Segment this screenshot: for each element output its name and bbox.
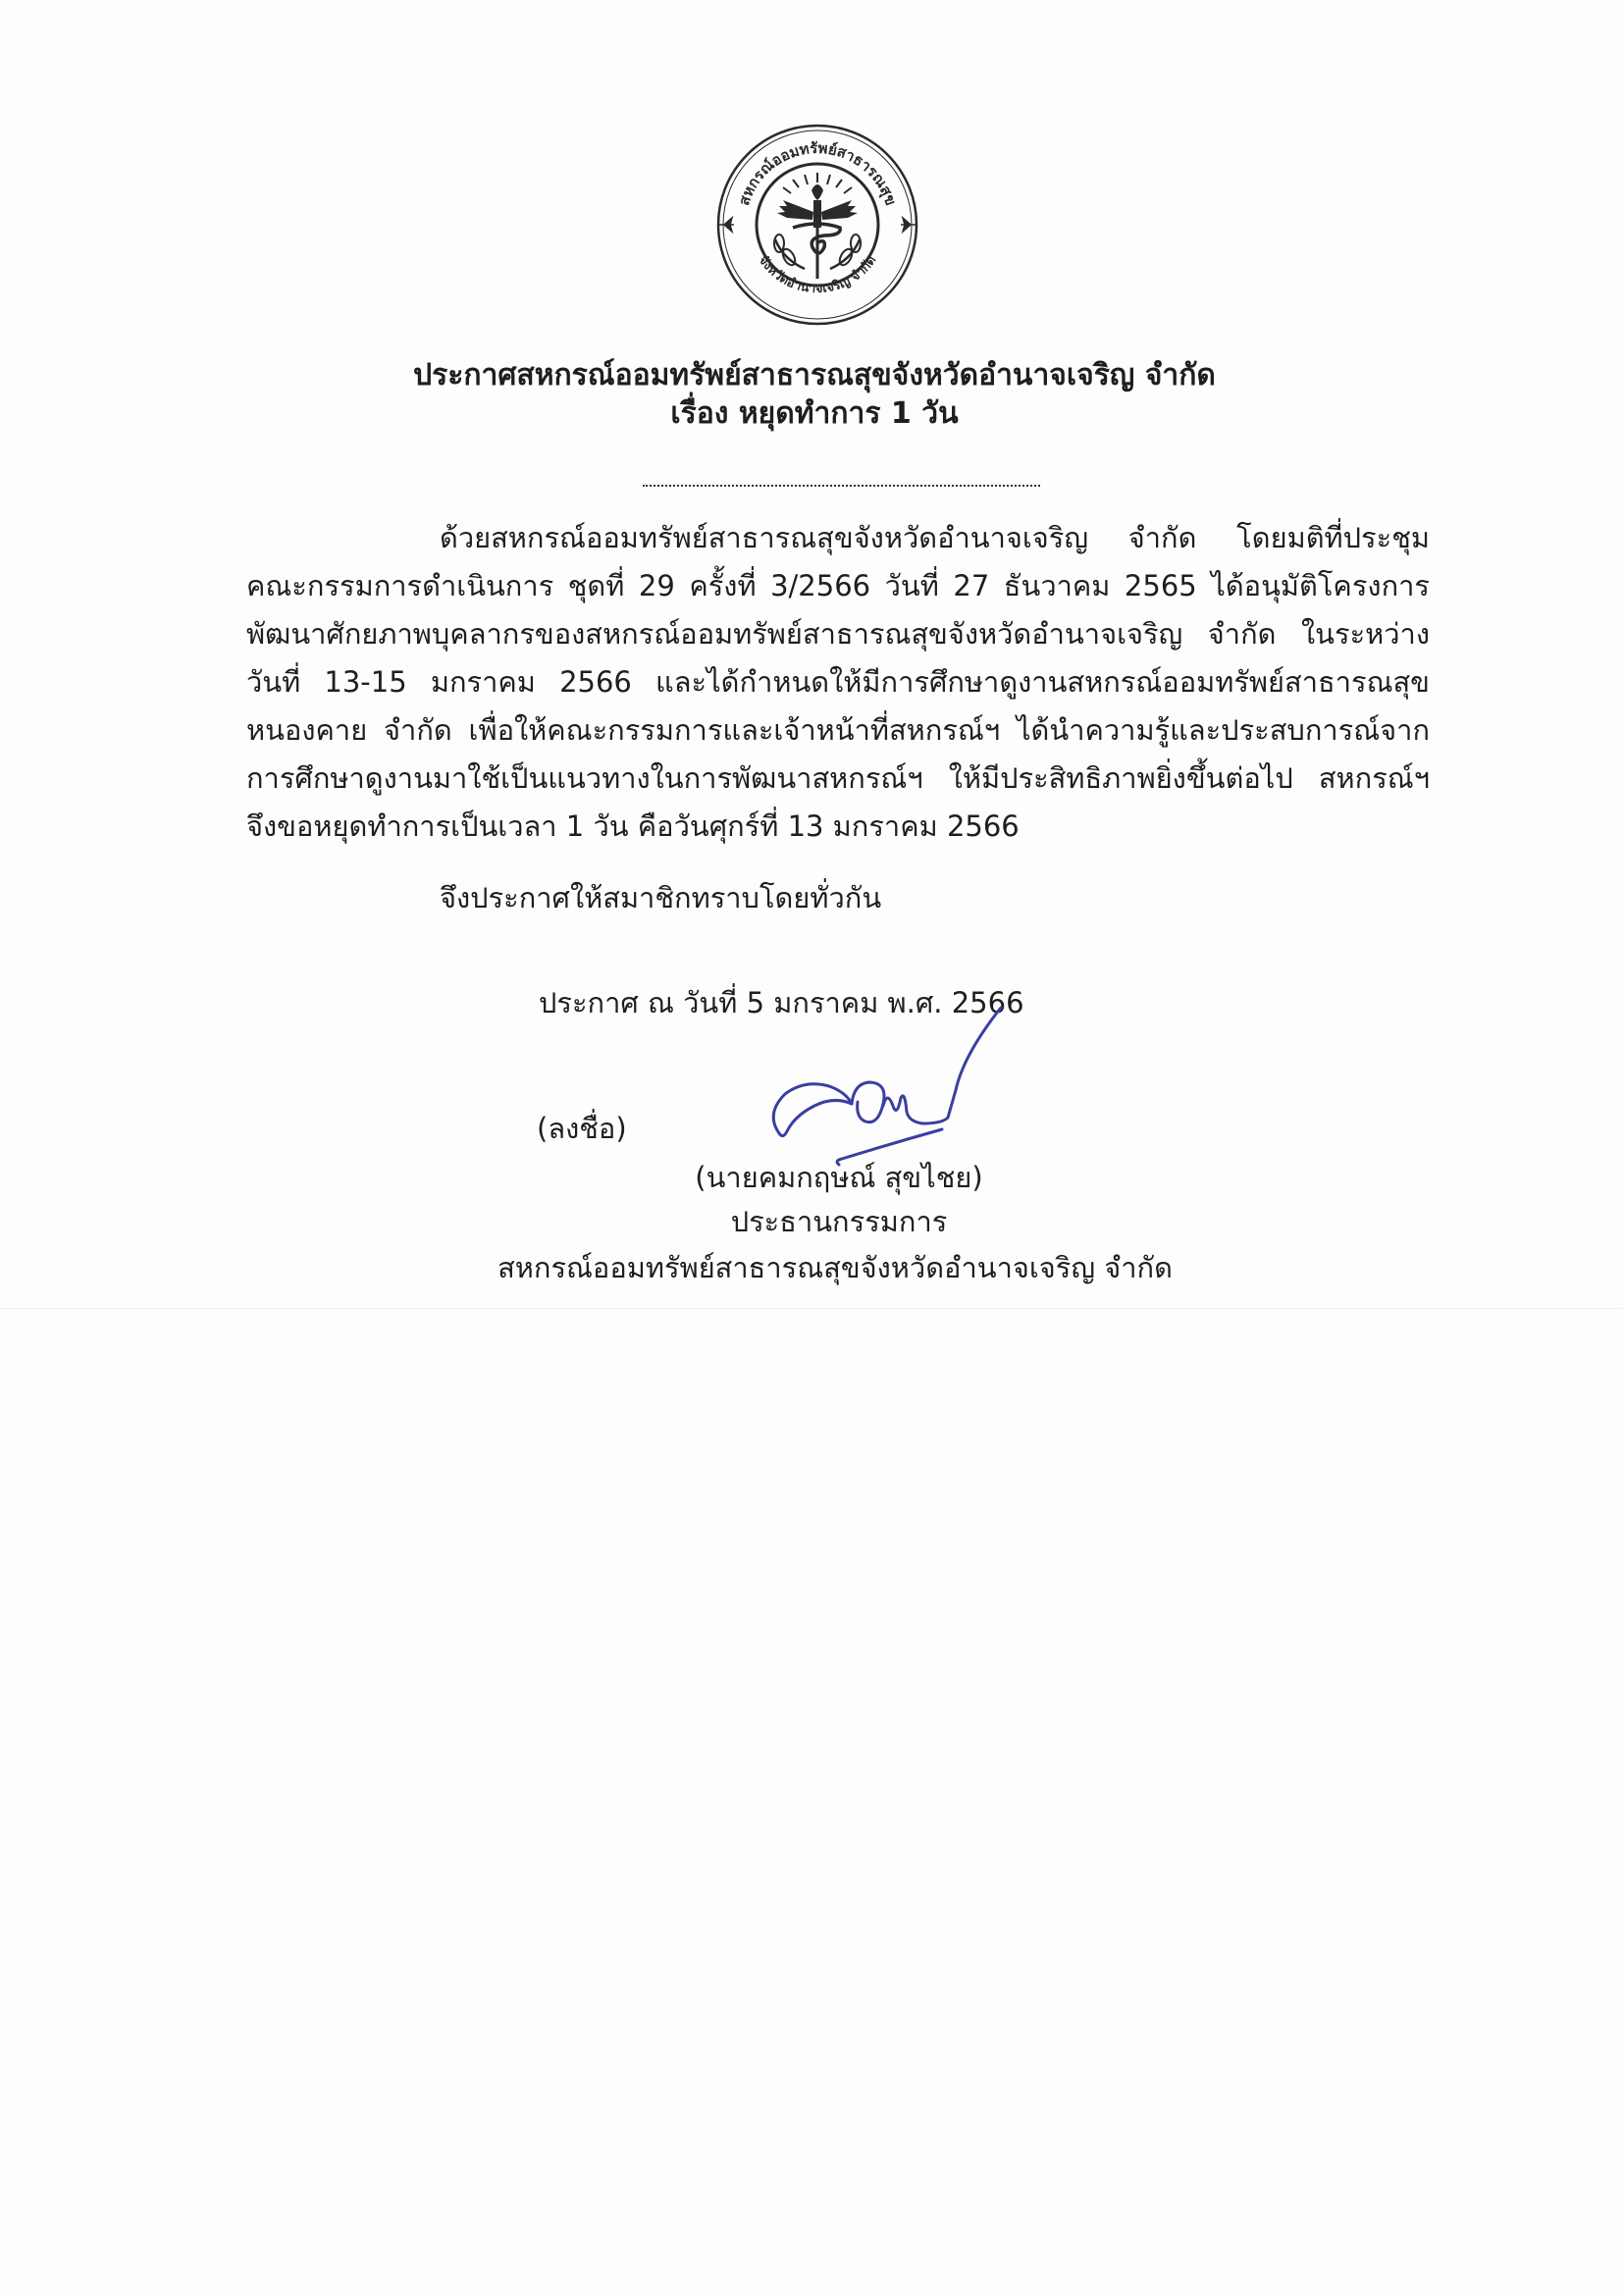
signature-label: (ลงชื่อ) <box>537 1115 627 1143</box>
body-paragraph: ด้วยสหกรณ์ออมทรัพย์สาธารณสุขจังหวัดอำนาจ… <box>246 514 1430 851</box>
closing-statement: จึงประกาศให้สมาชิกทราบโดยทั่วกัน <box>440 884 881 913</box>
cooperative-seal-logo: สหกรณ์ออมทรัพย์สาธารณสุข จังหวัดอำนาจเจร… <box>714 122 920 328</box>
signatory-position: ประธานกรรมการ <box>0 1208 1623 1236</box>
wing-left-icon <box>777 200 813 220</box>
document-page: สหกรณ์ออมทรัพย์สาธารณสุข จังหวัดอำนาจเจร… <box>0 0 1623 2296</box>
wing-right-icon <box>821 200 858 220</box>
torch-flame-icon <box>811 184 823 200</box>
dotted-divider <box>643 485 1040 487</box>
signatory-name: (นายคมกฤษณ์ สุขไชย) <box>0 1164 1623 1192</box>
handwritten-signature <box>756 996 1021 1182</box>
signatory-organization: สหกรณ์ออมทรัพย์สาธารณสุขจังหวัดอำนาจเจริ… <box>0 1254 1623 1282</box>
announcement-subject: เรื่อง หยุดทำการ 1 วัน <box>0 399 1623 429</box>
announcement-title: ประกาศสหกรณ์ออมทรัพย์สาธารณสุขจังหวัดอำน… <box>0 361 1623 391</box>
scan-artifact-line <box>0 1308 1623 1309</box>
star-right-icon <box>901 218 916 232</box>
star-left-icon <box>718 218 734 232</box>
